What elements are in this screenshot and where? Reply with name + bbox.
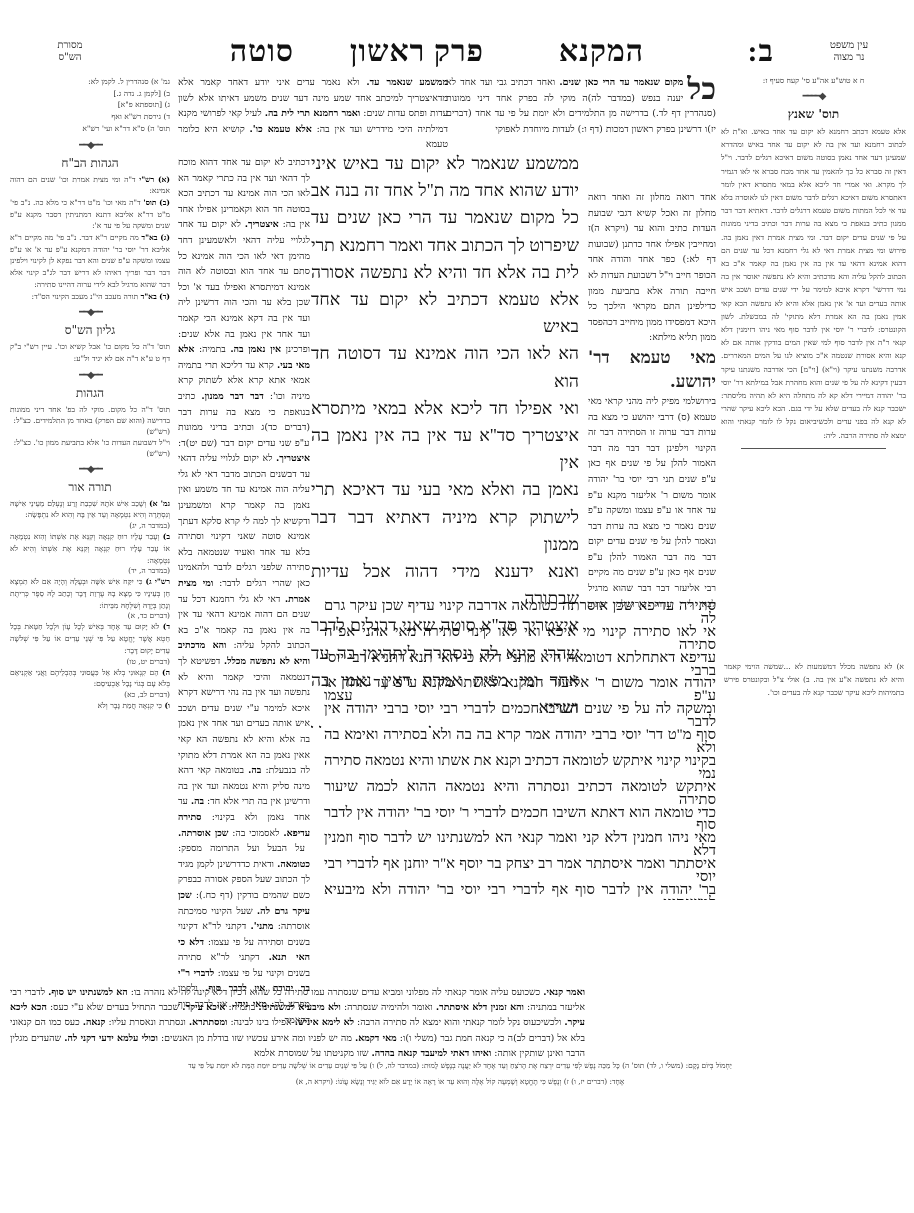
rashi-text: בתמיה: [194,344,230,355]
rashi-dibbur: אלא טעמא כו'. [250,124,312,135]
rashi-column: דכתיב לא יקום עד אחד דהוא מוכח לך דהאי ו… [178,155,310,1035]
rashi-dibbur: מאי דקמא. [355,1033,397,1044]
gilyon-hashas-text: תוס' ד"ה כל מקום כו' אבל קשיא וכו'. עיין… [10,341,170,364]
gemara-line: מאי ניהו חמנין דלא קני ואמר קנאי הא למשנ… [324,832,716,858]
rashi-text: לאסמוכי בה: [228,828,283,839]
torah-or-title: תורה אור [10,479,170,495]
gemara-line: לית בה אלא חד והיא לא נתפשה אסורה [311,259,579,286]
entry-label: (ד) [159,292,170,301]
torah-or-entry: רש"י ג) כִּי יִקַּח אִישׁ אִשָּׁה וּבְעָ… [10,576,170,621]
gemara-line: בר' יהודה אין לדבר סוף אף לדברי רבי יוסי… [324,884,716,900]
entry-label: (א) [158,175,170,184]
rashi-top: ממשמע שנאמר עד. ולא נאמר עדים איני יודע … [178,75,448,155]
gemara-line: שיפרוט לך הכתוב אחד ואמר רחמנא תרי [311,232,579,259]
rashi-text: כשכועס עליה אומר קנאתי לה מפלוני ומביא ע… [128,987,544,998]
gemara-line: כל מקום שנאמר עד הרי כאן שנים עד [311,204,579,231]
entry-text: תורה מעכב הי"נ מעכב הקינוי הס"ד: [32,292,139,301]
mesoret-hashas-header: מסורת הש"ס [30,40,110,64]
entry-label: ה) [162,668,170,677]
rashi-dibbur: דבר דבר ממנון. [201,391,263,402]
hagahot-habach-title: הגהות הב"ח [10,155,170,171]
rashi-dibbur: ולא מיבעיא למשנתינו. [258,1002,340,1013]
mesoret-entry: תוס' ה) ס"א דר"א ועי' רש"א [10,123,170,135]
mesoret-entry: ב) [לקמן ג. נדה ג.] [10,88,170,100]
entry-source: (רש"ש) [10,449,170,459]
gemara-line: כדי טומאה הוא דאתא השיבו חכמים לדברי ר' … [324,807,716,833]
rashi-text: ואומר ולהימיה שנסתרה: [341,1002,436,1013]
pesukim-line: אֶחָד: (דברים יז, ו) ז) וְנֶפֶשׁ כִּי תֶ… [40,1074,880,1090]
entry-ref: (במדבר ה, יד) [10,566,170,576]
gemara-line: איצטריך סד"א עד אין בה אין נאמן בה אין [311,422,579,476]
rashi-dibbur: ומסתתרא. [189,1017,228,1028]
mesoret-entry: ג) [תוספתא פ"א] [10,99,170,111]
torah-or-entry: ה) הֵם קִנְאוּנִי בְלֹא אֵל כִּעֲסוּנִי … [10,667,170,700]
tosafot-shantz-footnotes: א) לא נתפשה מכלל דמשמעות לא ...שמשה הוימ… [724,660,904,730]
ein-mishpat-label: עין משפט [814,40,884,52]
entry-label: גמ' א) [149,499,170,508]
entry-source: (רש"ש) [10,427,170,437]
entry-label: ד) [163,622,170,631]
ornament-divider: ◆━━━━ [721,90,906,104]
rashi-dibbur: בה. [191,796,204,807]
ornament-divider: ━━◆━━ [10,139,170,153]
gemara-line: יודע שהוא אחד מה ת"ל אחד זה בנה אב [311,177,579,204]
mesoret-label: מסורת [30,40,110,52]
gemara-line: אי לאו סתירה קינוי מי איכא ואי לאו קינוי… [324,626,716,652]
entry-text: וְשָׁכַב אִישׁ אֹתָהּ שִׁכְבַת זֶרַע וְנ… [10,499,170,520]
gemara-wide-block: סתירה עדיפא שכן אוסרתה כטומאה אדרבה קינו… [324,600,716,900]
gemara-line: איתקש לטומאה דכתיב ונסתרה והיא נטמאה ההו… [324,781,716,807]
ein-mishpat-entry: ח א טוש"ע אה"ע סי' קעח סעיף ז: [721,76,906,86]
ornament-divider: ━━◆━━ [10,369,170,383]
ner-mitzvah-label: נר מצוה [814,52,884,64]
divider-line [741,448,886,449]
rashi-dibbur: אין נאמן בה. [230,344,281,355]
hashas-label: הש"ס [30,52,110,64]
hagahot-entry: וי"ל דשבועת העדות כו' אלא בתביעת ממון כו… [10,437,170,459]
mesoret-hashas: גמ' א) סנהדרין ל. לקמן לא: ב) [לקמן ג. נ… [10,76,170,135]
entry-text: תוס' ד"ה כל מקום. מוקי לה בפ' אחד דיני מ… [10,405,170,426]
gemara-line: בקינוי קינוי איתקש לטומאה דכתיב וקנא את … [324,755,716,781]
torah-or-entry: ו) כִּי קִנְאָה חֲמַת גָּבֶר וְלֹא [10,700,170,712]
rashi-dibbur: מתני'. [251,921,274,932]
rashi-dibbur: איצטריך. [276,453,310,464]
entry-head: בא"ד [141,233,157,242]
entry-text: הֵם קִנְאוּנִי בְלֹא אֵל כִּעֲסוּנִי בְּ… [10,668,170,689]
gemara-line: יהודה אומר משום ר' אליעזר המקנא לאשתו מק… [324,677,716,703]
torah-or-entry: ב) וְעָבַר עָלָיו רוּחַ קִנְאָה וְקִנֵּא… [10,531,170,576]
hagahot-entry: תוס' ד"ה כל מקום. מוקי לה בפ' אחד דיני מ… [10,404,170,437]
chapter-number: פרק ראשון [350,34,484,70]
rashi-dibbur: ממשמע שנאמר עד. [366,77,448,88]
tosafot-mai-dibbur: מאי טעמא דר' יהושע. [588,346,716,394]
entry-text: וי"ל דשבועת העדות כו' אלא בתביעת ממון כו… [14,438,170,447]
chapter-name: המקנא [559,34,644,70]
gemara-line: לישתוק קרא מיניה דאתיא דבר דבר ממנון [311,504,579,558]
entry-label: רש"י ג) [146,577,170,586]
hagahot-habach-entry: (ב) תוס' ד"ה מאי וכו' מ"ט דר"א כי מלא כה… [10,197,170,232]
entry-ref: (דברים יט, טו) [10,657,170,667]
rashi-text: דפשיטא לך דנטמאה והיכי קאמר והיא לא נתפש… [178,656,310,776]
entry-text: וְעָבַר עָלָיו רוּחַ קִנְאָה וְקִנֵּא אֶ… [10,532,170,564]
rashi-text: מה יש לפניו ומה אירע עכשיו שזו בודלת מן … [158,1033,355,1044]
rashi-dibbur: בה. [248,765,261,776]
tosafot-dibbur: מקום שנאמר עד הרי כאן שנים. [559,77,683,88]
rashi-text: על הבעל ועל התרומה מספק: [178,843,305,854]
tosafot-mai-text: בירושלמי מפיק ליה מהני קראי מאי טעמא (ס)… [588,396,716,610]
entry-head: תוס' [143,198,156,207]
mesoret-entry: גמ' א) סנהדרין ל. לקמן לא: [10,76,170,88]
gemara-line: אלא טעמא דכתיב לא יקום עד אחד באיש [311,286,579,340]
gemara-line: עדיפא דאתחלתא דטומאה היא מתני' דלא כי הא… [324,652,716,678]
rashi-dibbur: איצטריך. [245,219,279,230]
entry-head: בא"ד [141,292,157,301]
bottom-pesukim: יַחְמוֹל בְּיוֹם נָקָם: (משלי ו, לד) תוס… [40,1058,880,1090]
entry-label: (ג) [160,233,170,242]
tractate-name: סוטה [230,34,294,70]
gemara-line: סוף מ"ט דר' יוסי ברבי יהודה אמר קרא בה ב… [324,729,716,755]
tosafot-opener: כל [687,75,716,105]
gemara-line: נאמן בה ואלא מאי בעי עד דאיכא תרי [311,476,579,503]
entry-label: (ב) [159,198,170,207]
ein-mishpat-header: עין משפט נר מצוה [814,40,884,64]
hagahot-habach-entry: (ג) בא"ד מה מקיים ר"א דבר. נ"ב פי' מה מק… [10,232,170,291]
gemara-line: איסתתר ואמר איסתתר אמר רב יצחק בר יוסף א… [324,858,716,884]
entry-ref: (דברים כד, א) [10,611,170,621]
rashi-text: לא יקום לגלויי עליה דהאי עד דבשנים הכתוב… [178,453,310,589]
tosafot-shantz-title: תוס' שאנץ [721,106,906,122]
rashi-text: לא יקום עד אחד לגלויי עליה דהאי ולאשמעינ… [178,219,310,355]
daf-number: ב: [748,34,774,70]
gemara-line: ומשקה לה על פי שנים השיבו חכמים לדברי רב… [324,703,716,729]
left-margin-column: גמ' א) סנהדרין ל. לקמן לא: ב) [לקמן ג. נ… [10,76,170,1066]
tosafot-column: אחד רואה מחלון זה ואחד רואה מחלון זה ואכ… [588,190,716,610]
entry-head: רש"י [139,175,154,184]
gemara-line: הא לאו הכי הוה אמינא עד דסוטה חד הוא [311,340,579,394]
gemara-line: ואי אפילו חד ליכא אלא במאי מיתסרא [311,395,579,422]
gilyon-hashas-title: גליון הש"ס [10,322,170,338]
entry-ref: (במדבר ה, יג) [10,521,170,531]
rashi-dibbur: והא זמנין דלא איסתתר. [436,1002,524,1013]
hagahot-title: הגהות [10,385,170,401]
entry-label: ו) [164,701,170,710]
torah-or-entry: גמ' א) וְשָׁכַב אִישׁ אֹתָהּ שִׁכְבַת זֶ… [10,498,170,531]
ornament-divider: ━━◆━━ [10,306,170,320]
ornament-divider: ━━◆━━ [10,463,170,477]
entry-label: ב) [163,532,170,541]
gemara-line: סתירה עדיפא שכן אוסרתה כטומאה אדרבה קינו… [324,600,716,626]
rashi-text: אפילו בינו לבינה: [227,1017,294,1028]
pesukim-line: יַחְמוֹל בְּיוֹם נָקָם: (משלי ו, לד) תוס… [40,1058,880,1074]
rashi-dibbur: איכא עיקר. [182,1002,225,1013]
entry-text: כִּי קִנְאָה חֲמַת גָּבֶר וְלֹא [98,701,162,710]
rashi-dibbur: ואמר רחמנא תרי לית בה. [265,108,360,119]
rashi-text: בתמיה: [225,1002,258,1013]
rashi-text: ולכשיכעוס נקל לומר קנאתי והוא ימצא לה סת… [354,1017,564,1028]
mesoret-entry: ד) גירסת רש"א ואף [10,111,170,123]
hagahot-habach-entry: (ד) בא"ד תורה מעכב הי"נ מעכב הקינוי הס"ד… [10,291,170,303]
hagahot-habach-entry: (א) רש"י ד"ה ומי מצית אמרת וכו' שנים הם … [10,174,170,197]
tosafot-shantz-text: אלא טעמא דכתב רחמנא לא יקום עד אחד באיש.… [721,125,906,442]
entry-ref: (דברים לב, כא) [10,690,170,700]
rashi-dibbur: ואמר קנאי. [543,987,585,998]
entry-text: לֹא יָקוּם עֵד אֶחָד בְּאִישׁ לְכָל עָוֹ… [10,622,170,654]
tosafot-text: אחד רואה מחלון זה ואחד רואה מחלון זה ואכ… [588,192,716,343]
ein-mishpat-column: ח א טוש"ע אה"ע סי' קעח סעיף ז: ◆━━━━ תוס… [721,76,906,636]
rashi-dibbur: שכן אוסרתה. [178,828,228,839]
torah-or-entry: ד) לֹא יָקוּם עֵד אֶחָד בְּאִישׁ לְכָל ע… [10,621,170,666]
rashi-dibbur: לא לימא איניש. [295,1017,354,1028]
rashi-dibbur: כטומאה. [277,859,310,870]
